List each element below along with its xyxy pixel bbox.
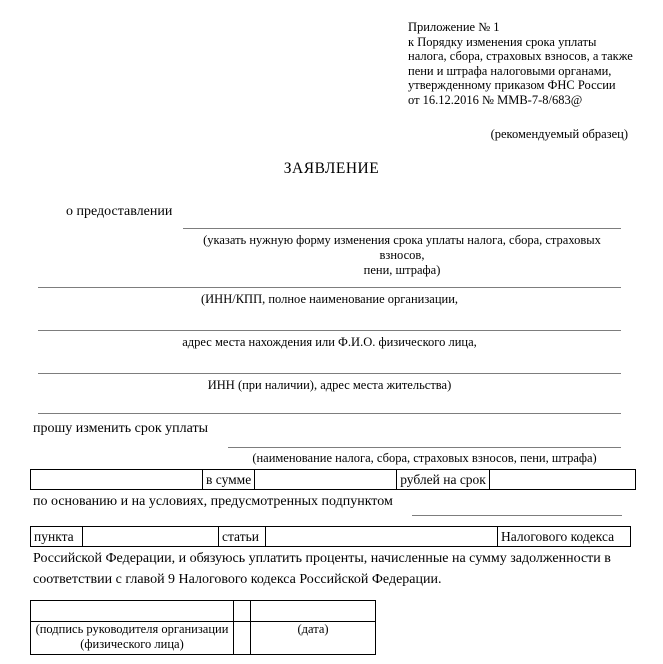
applicant-caption-2: адрес места нахождения или Ф.И.О. физиче… (38, 335, 621, 350)
provision-input-line[interactable] (183, 228, 621, 229)
in-sum-label: в сумме (203, 470, 255, 490)
appendix-reference: Приложение № 1 к Порядку изменения срока… (408, 20, 658, 108)
form-title: ЗАЯВЛЕНИЕ (0, 160, 663, 178)
subpoint-input-line[interactable] (412, 515, 622, 516)
rubles-term-label: рублей на срок (397, 470, 490, 490)
signature-divider-cell (234, 601, 251, 622)
obligation-line: соответствии с главой 9 Налогового кодек… (33, 570, 633, 591)
amount-name-cell[interactable] (31, 470, 203, 490)
appendix-line: утвержденному приказом ФНС России (408, 78, 658, 93)
request-label: прошу изменить срок уплаты (33, 419, 208, 440)
extra-input-line[interactable] (38, 413, 621, 414)
appendix-line: пени и штрафа налоговыми органами, (408, 64, 658, 79)
application-form-page: Приложение № 1 к Порядку изменения срока… (0, 0, 663, 664)
appendix-line: Приложение № 1 (408, 20, 658, 35)
date-input-cell[interactable] (251, 601, 376, 622)
signature-caption: (подпись руководителя организации (физич… (31, 622, 234, 655)
provision-caption-line: (указать нужную форму изменения срока уп… (183, 233, 621, 263)
signature-caption-line: (подпись руководителя организации (34, 622, 230, 637)
code-table: пункта статьи Налогового кодекса (30, 526, 631, 547)
amount-value-cell[interactable] (255, 470, 397, 490)
appendix-line: налога, сбора, страховых взносов, а такж… (408, 49, 658, 64)
applicant-input-line-3[interactable] (38, 373, 621, 374)
obligation-line: Российской Федерации, и обязуюсь уплатит… (33, 549, 633, 570)
applicant-caption-1: (ИНН/КПП, полное наименование организаци… (38, 292, 621, 307)
term-value-cell[interactable] (490, 470, 636, 490)
article-label: статьи (219, 527, 266, 547)
signature-divider-caption-cell (234, 622, 251, 655)
provision-label: о предоставлении (66, 202, 172, 223)
provision-caption: (указать нужную форму изменения срока уп… (183, 233, 621, 278)
tax-name-input-line[interactable] (228, 447, 621, 448)
point-label: пункта (31, 527, 83, 547)
amount-table: в сумме рублей на срок (30, 469, 636, 490)
signature-input-cell[interactable] (31, 601, 234, 622)
recommended-sample-note: (рекомендуемый образец) (0, 127, 628, 142)
tax-name-caption: (наименование налога, сбора, страховых в… (228, 451, 621, 466)
article-value-cell[interactable] (266, 527, 498, 547)
point-value-cell[interactable] (83, 527, 219, 547)
tax-code-label: Налогового кодекса (498, 527, 631, 547)
obligation-text: Российской Федерации, и обязуюсь уплатит… (33, 549, 633, 590)
appendix-line: к Порядку изменения срока уплаты (408, 35, 658, 50)
signature-table: (подпись руководителя организации (физич… (30, 600, 376, 655)
appendix-line: от 16.12.2016 № ММВ-7-8/683@ (408, 93, 658, 108)
date-caption: (дата) (251, 622, 376, 655)
applicant-caption-3: ИНН (при наличии), адрес места жительств… (38, 378, 621, 393)
signature-caption-line: (физического лица) (34, 637, 230, 652)
basis-label: по основанию и на условиях, предусмотрен… (33, 492, 393, 513)
applicant-input-line-1[interactable] (38, 287, 621, 288)
applicant-input-line-2[interactable] (38, 330, 621, 331)
provision-caption-line: пени, штрафа) (183, 263, 621, 278)
